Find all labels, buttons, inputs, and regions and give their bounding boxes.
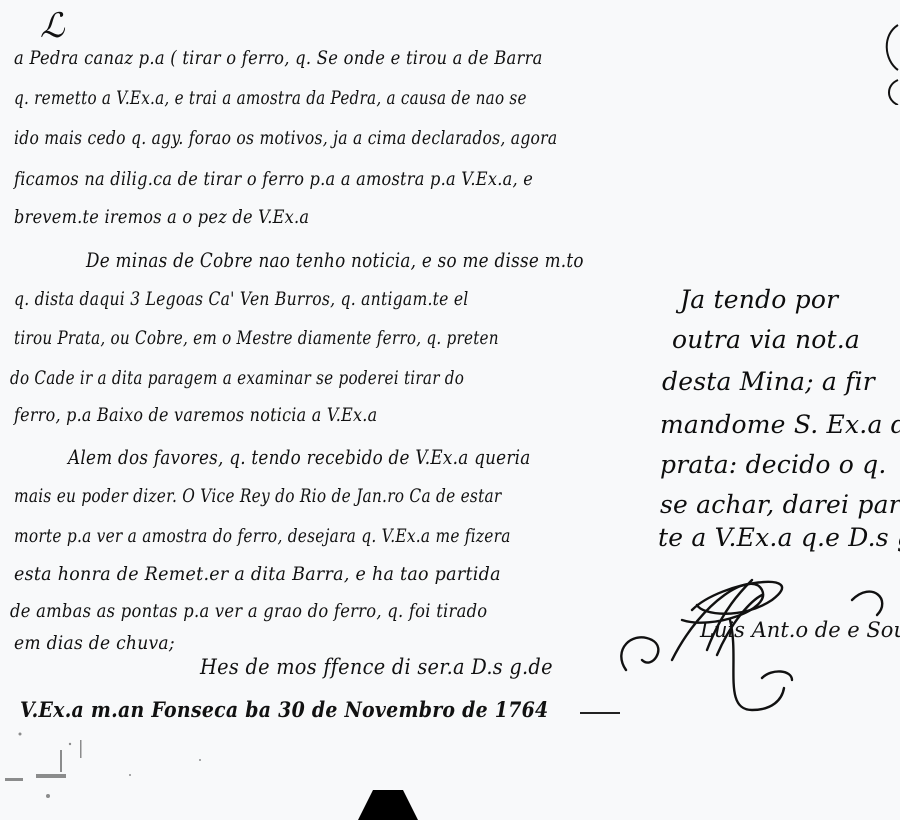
body-line-7: q. dista daqui 3 Legoas Ca' Ven Burros, … xyxy=(14,288,469,310)
body-line-14: esta honra de Remet.er a dita Barra, e h… xyxy=(14,563,501,585)
body-line-15: de ambas as pontas p.a ver a grao do fer… xyxy=(10,600,487,622)
scan-noise xyxy=(0,730,240,810)
body-line-16: em dias de chuva; xyxy=(14,632,175,654)
body-line-9: do Cade ir a dita paragem a examinar se … xyxy=(10,367,464,389)
body-line-1: a Pedra canaz p.a ( tirar o ferro, q. Se… xyxy=(14,47,543,69)
manuscript-page: ℒ a Pedra canaz p.a ( tirar o ferro, q. … xyxy=(0,0,900,820)
body-line-2: q. remetto a V.Ex.a, e trai a amostra da… xyxy=(14,87,527,109)
body-line-5: brevem.te iremos a o pez de V.Ex.a xyxy=(14,206,309,228)
margin-note-line-2: outra via not.a xyxy=(672,325,860,354)
body-line-12: mais eu poder dizer. O Vice Rey do Rio d… xyxy=(14,485,502,507)
ink-stain xyxy=(358,790,418,820)
body-line-13: morte p.a ver a amostra do ferro, deseja… xyxy=(14,525,511,547)
page-edge-curl xyxy=(880,15,900,105)
body-line-10: ferro, p.a Baixo de varemos noticia a V.… xyxy=(14,404,377,426)
margin-note-line-3: desta Mina; a fir xyxy=(662,367,875,396)
margin-note-line-1: Ja tendo por xyxy=(680,285,838,314)
initial-flourish: ℒ xyxy=(40,6,65,46)
closing-line: Hes de mos ffence di ser.a D.s g.de xyxy=(200,655,553,679)
margin-note-line-6: se achar, darei par xyxy=(660,490,900,519)
body-line-3: ido mais cedo q. agy. forao os motivos, … xyxy=(14,127,557,149)
margin-note-line-7: te a V.Ex.a q.e D.s g.de xyxy=(658,523,900,552)
margin-note-line-5: prata: decido o q. xyxy=(660,450,887,479)
body-line-6: De minas de Cobre nao tenho noticia, e s… xyxy=(86,248,584,272)
margin-note-line-4: mandome S. Ex.a de xyxy=(660,410,900,439)
body-line-11: Alem dos favores, q. tendo recebido de V… xyxy=(68,445,531,469)
body-line-8: tirou Prata, ou Cobre, em o Mestre diame… xyxy=(14,327,499,349)
signature: Luis Ant.o de e Souza xyxy=(700,618,900,642)
date-line: V.Ex.a m.an Fonseca ba 30 de Novembro de… xyxy=(20,697,548,722)
body-line-4: ficamos na dilig.ca de tirar o ferro p.a… xyxy=(14,168,533,190)
